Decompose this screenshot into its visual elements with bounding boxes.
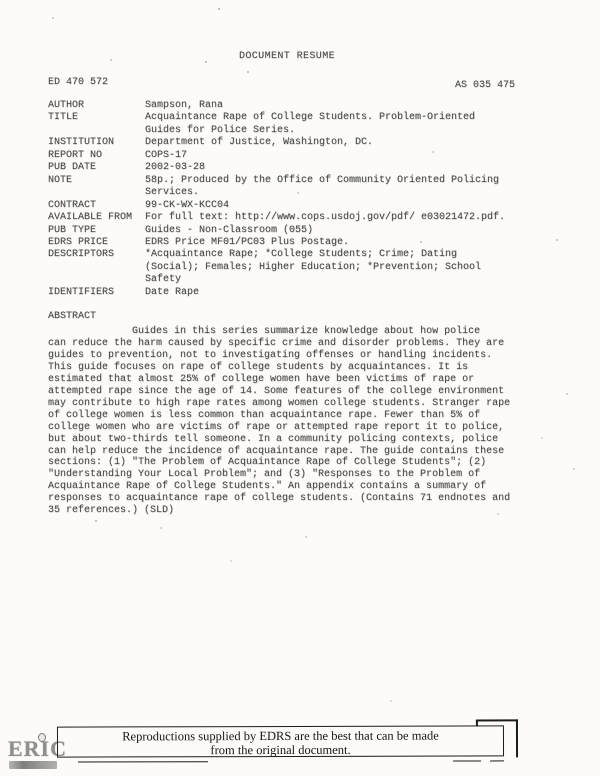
ed-number: ED 470 572 (48, 77, 108, 89)
eric-leaf-icon (38, 733, 46, 742)
document-resume-title: DOCUMENT RESUME (0, 51, 574, 63)
field-row-edrs-price: EDRS PRICE EDRS Price MF01/PC03 Plus Pos… (48, 237, 568, 249)
field-label: AVAILABLE FROM (48, 212, 145, 224)
scan-specks (0, 0, 2, 2)
field-row-identifiers: IDENTIFIERS Date Rape (48, 287, 568, 299)
abstract-text: Guides in this series summarize knowledg… (48, 326, 568, 517)
reproduction-notice-line1: Reproductions supplied by EDRS are the b… (58, 728, 503, 743)
field-row-title: TITLE Acquaintance Rape of College Stude… (48, 112, 568, 137)
field-label: DESCRIPTORS (48, 249, 145, 286)
field-row-contract: CONTRACT 99-CK-WX-KCC04 (48, 200, 568, 212)
field-value: 58p.; Produced by the Office of Communit… (145, 175, 568, 200)
field-label: INSTITUTION (48, 137, 145, 149)
eric-logo-text: ERIC (8, 738, 60, 760)
box-border-stroke (490, 760, 504, 762)
field-row-pub-date: PUB DATE 2002-03-28 (48, 162, 568, 174)
field-label: NOTE (48, 175, 145, 200)
field-label: IDENTIFIERS (48, 287, 145, 299)
field-row-pub-type: PUB TYPE Guides - Non-Classroom (055) (48, 225, 568, 237)
metadata-fields: AUTHOR Sampson, Rana TITLE Acquaintance … (48, 100, 568, 299)
field-value: Department of Justice, Washington, DC. (145, 137, 568, 149)
box-border-stroke (476, 719, 478, 726)
field-row-note: NOTE 58p.; Produced by the Office of Com… (48, 175, 568, 200)
field-value: COPS-17 (145, 150, 568, 162)
box-border-stroke (516, 719, 518, 757)
field-value: Date Rape (145, 287, 568, 299)
field-value: Acquaintance Rape of College Students. P… (145, 112, 568, 137)
field-value: *Acquaintance Rape; *College Students; C… (145, 249, 568, 286)
field-row-descriptors: DESCRIPTORS *Acquaintance Rape; *College… (48, 249, 568, 286)
field-label: AUTHOR (48, 100, 145, 112)
field-value: 2002-03-28 (145, 162, 568, 174)
field-value: Guides - Non-Classroom (055) (145, 225, 568, 237)
eric-logo-banner (9, 761, 57, 769)
box-border-stroke (476, 719, 518, 721)
box-border-stroke (78, 761, 208, 763)
reproduction-notice-line2: from the original document. (58, 742, 503, 757)
abstract-label: ABSTRACT (48, 311, 96, 323)
field-value: 99-CK-WX-KCC04 (145, 200, 568, 212)
field-value: EDRS Price MF01/PC03 Plus Postage. (145, 237, 568, 249)
field-label: PUB TYPE (48, 225, 145, 237)
field-label: CONTRACT (48, 200, 145, 212)
eric-logo: ERIC (8, 738, 60, 769)
field-label: TITLE (48, 112, 145, 137)
box-border-stroke (453, 760, 481, 762)
field-value: Sampson, Rana (145, 100, 568, 112)
field-label: PUB DATE (48, 162, 145, 174)
clearinghouse-number: AS 035 475 (455, 80, 515, 92)
field-row-report-no: REPORT NO COPS-17 (48, 150, 568, 162)
field-value: For full text: http://www.cops.usdoj.gov… (145, 212, 568, 224)
field-row-author: AUTHOR Sampson, Rana (48, 100, 568, 112)
document-page: DOCUMENT RESUME ED 470 572 AS 035 475 AU… (0, 0, 600, 776)
field-row-institution: INSTITUTION Department of Justice, Washi… (48, 137, 568, 149)
field-label: EDRS PRICE (48, 237, 145, 249)
field-row-available-from: AVAILABLE FROM For full text: http://www… (48, 212, 568, 224)
field-label: REPORT NO (48, 150, 145, 162)
reproduction-notice-box: Reproductions supplied by EDRS are the b… (57, 725, 504, 757)
